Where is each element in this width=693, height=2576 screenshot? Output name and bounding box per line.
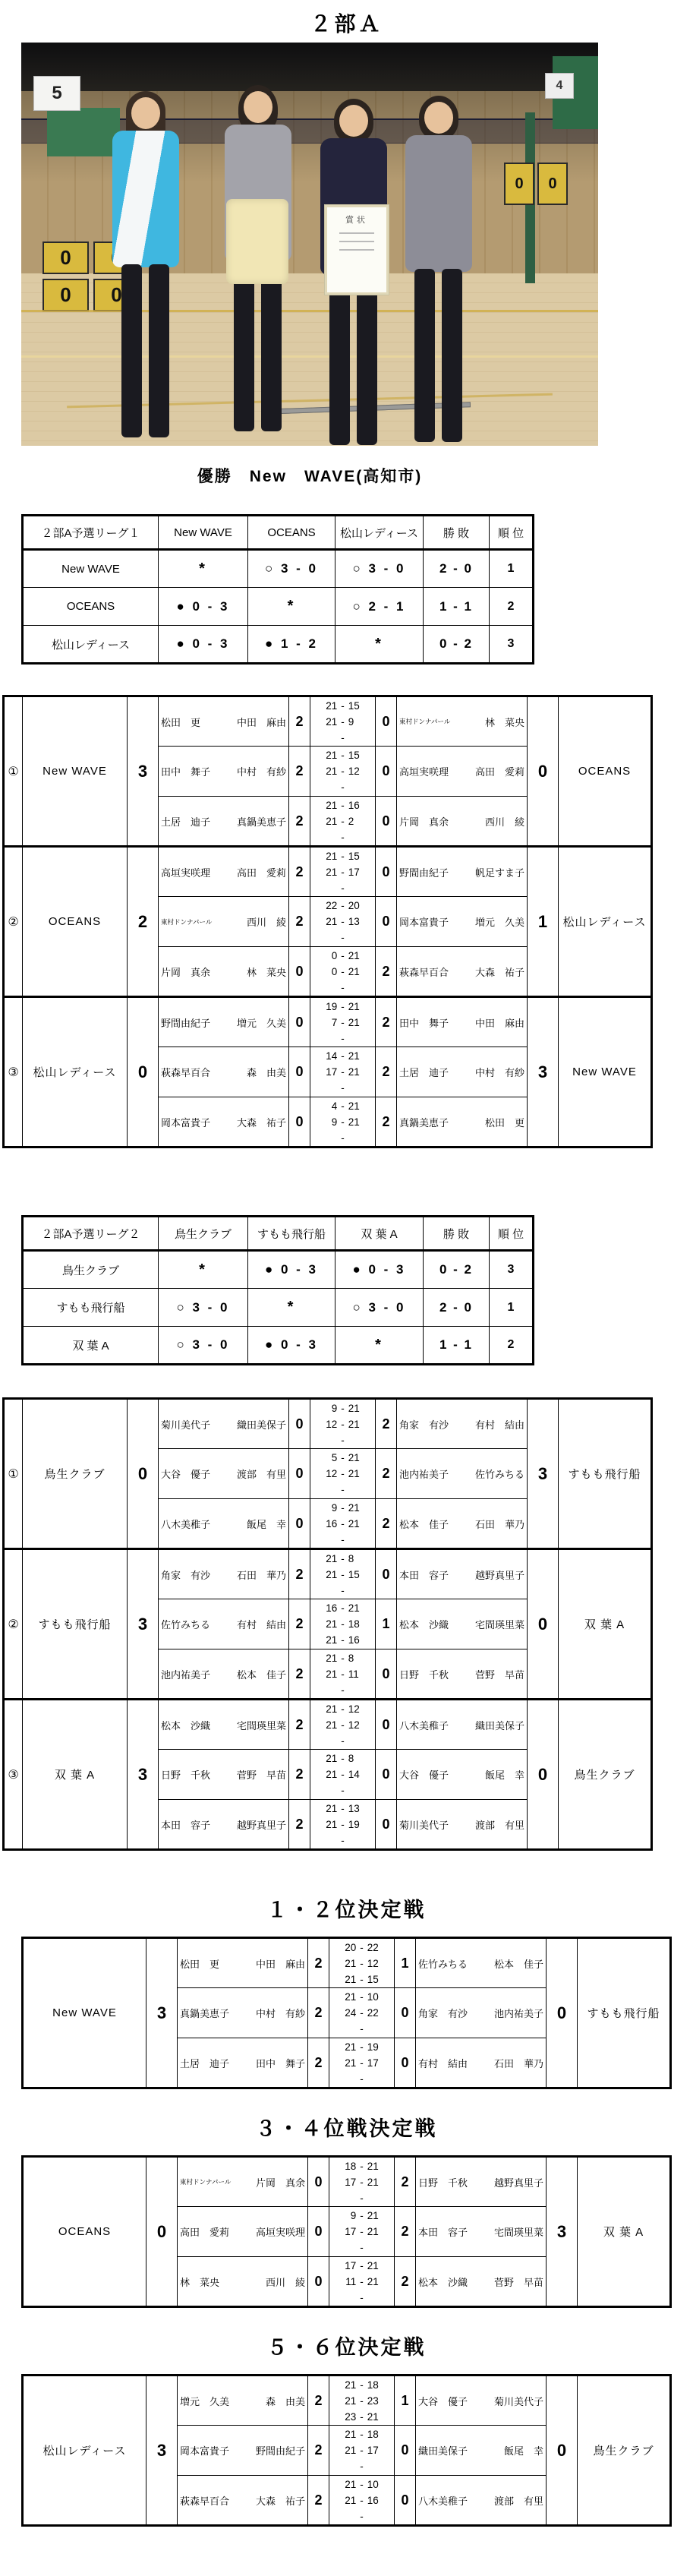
set-points-left: 21 (338, 1956, 356, 1971)
player-name: 林 菜央 (485, 715, 524, 729)
league-row: 鳥生クラブ*● 0 - 3● 0 - 30 - 23 (23, 1251, 534, 1289)
set-score: 21-17 (329, 2055, 394, 2071)
player-name: 土居 迪子 (399, 1065, 449, 1079)
player-names: 片岡 真余西川 綾 (397, 814, 527, 829)
playoff-heading-2: ３・４位戦決定戦 (0, 2112, 693, 2142)
set-score: - (310, 1432, 375, 1448)
match-row: ②すもも飛行船3角家 有沙石田 華乃221-821-15-0本田 容子越野真里子… (4, 1549, 652, 1599)
players-cell: 真鍋美恵子中村 有紗 (178, 1988, 308, 2038)
player-names: 日野 千秋越野真里子 (416, 2175, 546, 2189)
set-score: - (329, 2071, 394, 2087)
league-result-cell: * (335, 626, 424, 664)
set-points-left: 21 (338, 2442, 356, 2458)
league-result-cell: ○ 3 - 0 (248, 550, 335, 588)
set-points-right: 13 (348, 1801, 367, 1817)
players-cell: 萩森早百合大森 祐子 (397, 947, 528, 997)
set-scores: 21-1821-2323-21 (329, 2376, 395, 2426)
set-points-right: 21 (367, 2208, 386, 2224)
set-score: 21-12 (310, 1717, 375, 1733)
team-score-right: 3 (547, 2157, 578, 2307)
player-name: 飯尾 幸 (485, 1767, 524, 1782)
set-dash: - (341, 1551, 345, 1567)
set-points-left: 17 (338, 2174, 356, 2190)
player-name: 高田 愛莉 (475, 764, 524, 778)
set-points-left: 24 (338, 2005, 356, 2021)
set-dash: - (360, 2174, 364, 2190)
player-name: 本田 容子 (399, 1567, 449, 1582)
player-name: 中田 麻由 (475, 1015, 524, 1030)
set-dash: - (360, 1956, 364, 1971)
set-points-right: 21 (348, 1015, 367, 1031)
set-points-right: 21 (348, 1600, 367, 1616)
set-score: 9-21 (329, 2208, 394, 2224)
person-jacket (405, 135, 472, 272)
games-won-right: 0 (376, 1649, 397, 1700)
league-winloss: 1 - 1 (424, 1327, 490, 1365)
player-name: 中村 有紗 (256, 2006, 305, 2020)
set-points-left: 21 (338, 2492, 356, 2508)
player-name: 土居 迪子 (180, 2056, 229, 2070)
player-names: 萩森早百合大森 祐子 (397, 964, 527, 979)
player-name: 角家 有沙 (161, 1567, 210, 1582)
set-score: 21-19 (310, 1817, 375, 1833)
set-points-right: 22 (367, 2005, 386, 2021)
set-points-left: 9 (319, 1500, 337, 1516)
set-dash: - (360, 2208, 364, 2224)
players-cell: 片岡 真余林 菜央 (159, 947, 289, 997)
set-points-left: 21 (319, 813, 337, 829)
set-points-right: 9 (348, 714, 367, 730)
player-name: 森 由美 (266, 2394, 305, 2408)
player-name: 中田 麻由 (237, 715, 286, 729)
set-dash: - (341, 1416, 345, 1432)
games-won-left: 0 (289, 947, 310, 997)
games-won-left: 2 (289, 1800, 310, 1850)
team-name-left: OCEANS (23, 2157, 146, 2307)
set-points-left: 21 (338, 2426, 356, 2442)
set-points-right: 21 (348, 1466, 367, 1482)
player-names: 田中 舞子中田 麻由 (397, 1015, 527, 1030)
league-result-cell: * (248, 1289, 335, 1327)
player-names: 池内祐美子佐竹みちる (397, 1466, 527, 1481)
set-scores: 9-2112-21- (310, 1399, 376, 1449)
set-points-left: 21 (338, 1989, 356, 2005)
player-name: 角家 有沙 (399, 1417, 449, 1432)
set-dash: - (341, 1650, 345, 1666)
set-score: 21-16 (310, 1632, 375, 1648)
set-scores: 21-1821-17- (329, 2426, 395, 2476)
team-score-left: 2 (128, 847, 159, 997)
set-points-right: 21 (348, 1048, 367, 1064)
set-dash: - (341, 747, 345, 763)
person-leg (261, 258, 282, 431)
match-row: ①鳥生クラブ0菊川美代子織田美保子09-2112-21-2角家 有沙有村 結由3… (4, 1399, 652, 1449)
player-name: 野間由紀子 (161, 1015, 210, 1030)
league-result-cell: ● 0 - 3 (159, 626, 248, 664)
set-dash: - (341, 1600, 345, 1616)
results-section: ２部A予選リーグ１New WAVEOCEANS松山レディース勝 敗順 位New … (0, 514, 693, 2527)
players-cell: 佐竹みちる松本 佳子 (416, 1938, 547, 1988)
player-name: 田中 舞子 (161, 764, 210, 778)
set-score: 21-18 (310, 1616, 375, 1632)
person-face (339, 105, 368, 137)
league-result-cell: ● 0 - 3 (159, 588, 248, 626)
set-points-right: 22 (367, 1940, 386, 1956)
set-score: 21-16 (310, 797, 375, 813)
set-scores: 17-2111-21- (329, 2257, 395, 2307)
player-name: 高田 愛莉 (237, 865, 286, 879)
set-points-right: 16 (348, 1632, 367, 1648)
league-header-cell: すもも飛行船 (248, 1217, 335, 1251)
set-score: - (310, 730, 375, 746)
set-score: 9-21 (310, 1500, 375, 1516)
games-won-left: 2 (289, 897, 310, 947)
match-number: ① (4, 696, 23, 847)
set-points-right: 21 (348, 1516, 367, 1532)
league-result-cell: ● 1 - 2 (248, 626, 335, 664)
person-leg (149, 264, 169, 437)
player-names: 土居 迪子田中 舞子 (178, 2056, 307, 2070)
set-points-right: 14 (348, 1766, 367, 1782)
set-dash: - (341, 813, 345, 829)
set-scores: 21-1521-9- (310, 696, 376, 747)
league-rank: 2 (490, 1327, 534, 1365)
player-names: 大谷 優子菊川美代子 (416, 2394, 546, 2408)
league-rank: 3 (490, 626, 534, 664)
games-won-left: 0 (289, 1047, 310, 1097)
set-points-right: 21 (367, 2224, 386, 2240)
scoreboard-digit: 0 (537, 163, 568, 205)
photo-person-4 (393, 96, 484, 442)
player-name: 増元 久美 (237, 1015, 286, 1030)
set-points-left: 21 (338, 2055, 356, 2071)
photo-person-3: 賞状 (308, 99, 399, 442)
players-cell: 日野 千秋菅野 早苗 (159, 1750, 289, 1800)
set-scores: 21-1021-16- (329, 2476, 395, 2526)
set-points-right: 10 (367, 1989, 386, 2005)
set-points-right: 21 (348, 999, 367, 1015)
set-points-left: 14 (319, 1048, 337, 1064)
player-names: 松本 沙織宅間瑛里菜 (159, 1718, 288, 1732)
set-dash: - (341, 848, 345, 864)
games-won-left: 2 (289, 1549, 310, 1599)
set-dash: - (341, 1450, 345, 1466)
photo-court-sign-right: 4 (545, 73, 574, 99)
league-result-cell: ○ 3 - 0 (159, 1289, 248, 1327)
player-name: 真鍋美恵子 (180, 2006, 229, 2020)
player-name: 真鍋美恵子 (237, 814, 286, 829)
set-score: - (310, 880, 375, 896)
player-name: 飯尾 幸 (504, 2443, 543, 2458)
person-jacket (112, 131, 179, 267)
set-score: - (310, 1682, 375, 1698)
team-name-right: 松山レディース (559, 847, 652, 997)
team-name-left: 松山レディース (23, 997, 128, 1148)
players-cell: 高垣実咲理高田 愛莉 (397, 747, 528, 797)
team-name-left: すもも飛行船 (23, 1549, 128, 1700)
set-points-right: 21 (348, 1064, 367, 1080)
games-won-left: 0 (308, 2207, 329, 2257)
player-name: 渡部 有里 (475, 1817, 524, 1832)
player-name: 佐竹みちる (475, 1466, 524, 1481)
set-score: 20-22 (329, 1940, 394, 1956)
team-score-left: 0 (128, 1399, 159, 1549)
set-dash: - (341, 1666, 345, 1682)
team-name-right: すもも飛行船 (559, 1399, 652, 1549)
player-name: 石田 華乃 (494, 2056, 543, 2070)
games-won-left: 0 (289, 1449, 310, 1499)
set-scores: 21-1921-17- (329, 2038, 395, 2088)
set-score: - (329, 2190, 394, 2206)
match-row: New WAVE3松田 更中田 麻由220-2221-1221-151佐竹みちる… (23, 1938, 671, 1988)
players-cell: 野間由紀子帆足すま子 (397, 847, 528, 897)
games-won-right: 0 (376, 1700, 397, 1750)
player-name: 渡部 有里 (494, 2493, 543, 2508)
playoff-heading-1: １・２位決定戦 (0, 1893, 693, 1923)
player-name: 菊川美代子 (161, 1417, 210, 1432)
league-result-cell: ○ 3 - 0 (159, 1327, 248, 1365)
players-cell: 松本 沙織宅間瑛里菜 (397, 1599, 528, 1649)
player-name: 石田 華乃 (237, 1567, 286, 1582)
league-team-name: すもも飛行船 (23, 1289, 159, 1327)
league-result-cell: ● 0 - 3 (248, 1251, 335, 1289)
league-header-cell: 松山レディース (335, 516, 424, 550)
set-points-left: 5 (319, 1450, 337, 1466)
set-dash: - (360, 2426, 364, 2442)
players-cell: 日野 千秋菅野 早苗 (397, 1649, 528, 1700)
set-scores: 9-2116-21- (310, 1499, 376, 1549)
player-name: 有村 結由 (237, 1617, 286, 1631)
set-scores: 14-2117-21- (310, 1047, 376, 1097)
team-score-right: 0 (528, 696, 559, 847)
league-header-row: ２部A予選リーグ２鳥生クラブすもも飛行船双 葉 A勝 敗順 位 (23, 1217, 534, 1251)
league-row: New WAVE*○ 3 - 0○ 3 - 02 - 01 (23, 550, 534, 588)
player-name: 松本 沙織 (418, 2275, 468, 2289)
players-cell: 田中 舞子中田 麻由 (397, 997, 528, 1047)
set-points-right: 12 (348, 1701, 367, 1717)
set-points-right: 13 (348, 914, 367, 930)
set-points-left: 12 (319, 1416, 337, 1432)
set-points-left: 23 (338, 2409, 356, 2425)
set-dash: - (360, 2258, 364, 2274)
player-name: 真鍋美恵子 (399, 1115, 449, 1129)
games-won-right: 0 (376, 1549, 397, 1599)
players-cell: 佐竹みちる有村 結由 (159, 1599, 289, 1649)
set-points-right: 18 (367, 2426, 386, 2442)
set-dash: - (360, 2377, 364, 2393)
set-points-right: 21 (367, 2158, 386, 2174)
set-points-right: 21 (348, 1098, 367, 1114)
player-name: 本田 容子 (161, 1817, 210, 1832)
player-names: 菊川美代子渡部 有里 (397, 1817, 527, 1832)
player-name: 越野真里子 (475, 1567, 524, 1582)
set-dash: - (360, 2442, 364, 2458)
games-won-right: 0 (395, 1988, 416, 2038)
player-name: 宅間瑛里菜 (475, 1617, 524, 1631)
player-names: 田中 舞子中村 有紗 (159, 764, 288, 778)
team-score-right: 0 (528, 1700, 559, 1850)
match-number: ③ (4, 997, 23, 1148)
set-score: - (310, 930, 375, 945)
set-dash: - (360, 2409, 364, 2425)
players-cell: 東村ドンナパール西川 綾 (159, 897, 289, 947)
set-score: - (310, 1482, 375, 1498)
player-name: 菅野 早苗 (237, 1767, 286, 1782)
results-table-playoff1: New WAVE3松田 更中田 麻由220-2221-1221-151佐竹みちる… (21, 1937, 672, 2089)
set-scores: 20-2221-1221-15 (329, 1938, 395, 1988)
set-dash: - (341, 1701, 345, 1717)
team-score-left: 3 (128, 1700, 159, 1850)
set-dash: - (341, 1567, 345, 1583)
player-names: 真鍋美恵子中村 有紗 (178, 2006, 307, 2020)
player-names: 佐竹みちる有村 結由 (159, 1617, 288, 1631)
person-leg (234, 258, 254, 431)
team-score-left: 3 (128, 1549, 159, 1700)
league-header-cell: 双 葉 A (335, 1217, 424, 1251)
player-names: 真鍋美恵子松田 更 (397, 1115, 527, 1129)
scoreboard-digit: 0 (43, 279, 89, 311)
set-scores: 9-2117-21- (329, 2207, 395, 2257)
players-cell: 松本 沙織宅間瑛里菜 (159, 1700, 289, 1750)
games-won-right: 0 (376, 747, 397, 797)
set-scores: 5-2112-21- (310, 1449, 376, 1499)
league-winloss: 1 - 1 (424, 588, 490, 626)
set-score: 21-11 (310, 1666, 375, 1682)
set-points-left: 0 (319, 964, 337, 980)
player-name: 西川 綾 (266, 2275, 305, 2289)
set-score: 9-21 (310, 1114, 375, 1130)
set-points-right: 21 (367, 2409, 386, 2425)
set-points-right: 21 (348, 1400, 367, 1416)
player-names: 東村ドンナパール西川 綾 (159, 914, 288, 929)
player-name: 八木美稚子 (418, 2493, 468, 2508)
set-points-right: 18 (367, 2377, 386, 2393)
players-cell: 高垣実咲理高田 愛莉 (159, 847, 289, 897)
set-score: 24-22 (329, 2005, 394, 2021)
players-cell: 野間由紀子増元 久美 (159, 997, 289, 1047)
player-name: 岡本富貴子 (399, 914, 449, 929)
player-name: 田中 舞子 (399, 1015, 449, 1030)
games-won-right: 2 (395, 2157, 416, 2207)
set-points-left: 21 (319, 714, 337, 730)
games-won-left: 0 (289, 1499, 310, 1549)
set-points-right: 16 (367, 2492, 386, 2508)
set-scores: 4-219-21- (310, 1097, 376, 1148)
players-cell: 大谷 優子飯尾 幸 (397, 1750, 528, 1800)
player-name: 大谷 優子 (399, 1767, 449, 1782)
set-points-right: 8 (348, 1650, 367, 1666)
set-score: 17-21 (329, 2224, 394, 2240)
games-won-right: 0 (376, 847, 397, 897)
set-points-right: 21 (367, 2174, 386, 2190)
player-name: 増元 久美 (180, 2394, 229, 2408)
set-points-left: 21 (319, 1616, 337, 1632)
set-score: 21-15 (310, 848, 375, 864)
person-leg (121, 264, 142, 437)
set-dash: - (360, 2274, 364, 2290)
players-cell: 八木美稚子渡部 有里 (416, 2476, 547, 2526)
set-points-left: 21 (319, 698, 337, 714)
players-cell: 岡本富貴子野間由紀子 (178, 2426, 308, 2476)
set-dash: - (360, 1971, 364, 1987)
player-name: 宅間瑛里菜 (494, 2224, 543, 2239)
league-result-cell: * (159, 550, 248, 588)
set-points-right: 23 (367, 2393, 386, 2409)
player-name: 松本 佳子 (237, 1667, 286, 1681)
set-score: 23-21 (329, 2409, 394, 2425)
set-dash: - (341, 698, 345, 714)
players-cell: 東村ドンナパール林 菜央 (397, 696, 528, 747)
player-name: 松田 更 (180, 1956, 219, 1971)
set-score: 21-14 (310, 1766, 375, 1782)
player-names: 本田 容子越野真里子 (159, 1817, 288, 1832)
player-names: 大谷 優子渡部 有里 (159, 1466, 288, 1481)
player-names: 角家 有沙池内祐美子 (416, 2006, 546, 2020)
match-number: ① (4, 1399, 23, 1549)
players-cell: 萩森早百合森 由美 (159, 1047, 289, 1097)
player-name: 織田美保子 (237, 1417, 286, 1432)
player-name: 大森 祐子 (475, 964, 524, 979)
league-winloss: 2 - 0 (424, 550, 490, 588)
set-score: 7-21 (310, 1015, 375, 1031)
set-score: 17-21 (329, 2258, 394, 2274)
players-cell: 田中 舞子中村 有紗 (159, 747, 289, 797)
player-names: 野間由紀子増元 久美 (159, 1015, 288, 1030)
player-name: 林 菜央 (180, 2275, 219, 2289)
games-won-right: 0 (376, 1750, 397, 1800)
team-name-right: すもも飛行船 (578, 1938, 671, 2088)
player-names: 有村 結由石田 華乃 (416, 2056, 546, 2070)
set-dash: - (360, 1940, 364, 1956)
set-scores: 21-821-15- (310, 1549, 376, 1599)
person-leg (414, 269, 435, 442)
players-cell: 土居 迪子真鍋美恵子 (159, 797, 289, 847)
team-score-right: 1 (528, 847, 559, 997)
player-names: 松田 更中田 麻由 (159, 715, 288, 729)
set-points-right: 11 (348, 1666, 367, 1682)
set-points-left: 17 (338, 2258, 356, 2274)
player-name: 池内祐美子 (494, 2006, 543, 2020)
set-points-left: 21 (319, 1750, 337, 1766)
match-number: ② (4, 1549, 23, 1700)
players-cell: 松田 更中田 麻由 (159, 696, 289, 747)
set-dash: - (360, 1989, 364, 2005)
set-score: 21-12 (310, 763, 375, 779)
set-points-right: 21 (348, 1416, 367, 1432)
player-name: 岡本富貴子 (180, 2443, 229, 2458)
set-score: 21-17 (310, 864, 375, 880)
team-name-right: New WAVE (559, 997, 652, 1148)
set-score: - (329, 2458, 394, 2474)
league-row: OCEANS● 0 - 3*○ 2 - 11 - 12 (23, 588, 534, 626)
set-dash: - (341, 1500, 345, 1516)
team-score-right: 3 (528, 997, 559, 1148)
player-names: 萩森早百合大森 祐子 (178, 2493, 307, 2508)
player-names: 松田 更中田 麻由 (178, 1956, 307, 1971)
set-score: 16-21 (310, 1516, 375, 1532)
player-names: 佐竹みちる松本 佳子 (416, 1956, 546, 1971)
player-name: 高垣実咲理 (256, 2224, 305, 2239)
person-leg (329, 272, 350, 445)
player-names: 岡本富貴子増元 久美 (397, 914, 527, 929)
player-name: 中田 麻由 (256, 1956, 305, 1971)
set-dash: - (341, 1015, 345, 1031)
set-scores: 21-1024-22- (329, 1988, 395, 2038)
players-cell: 土居 迪子中村 有紗 (397, 1047, 528, 1097)
players-cell: 有村 結由石田 華乃 (416, 2038, 547, 2088)
player-name: 大谷 優子 (418, 2394, 468, 2408)
match-number: ③ (4, 1700, 23, 1850)
